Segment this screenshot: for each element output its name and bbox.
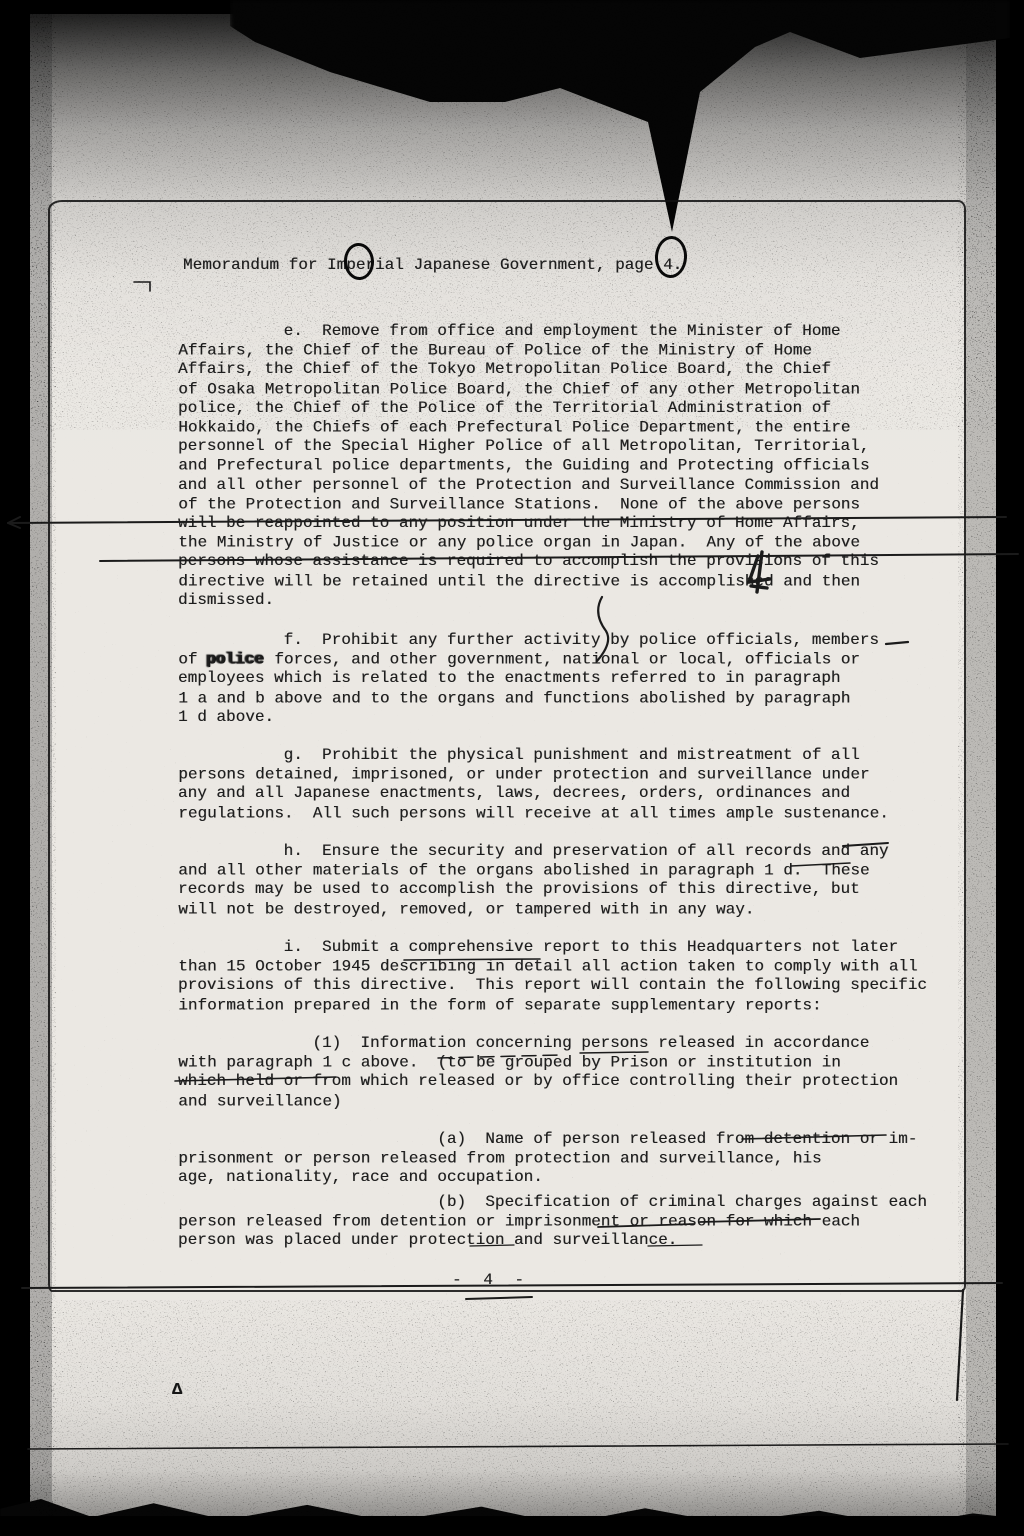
paragraph-e: e. Remove from office and employment the… xyxy=(178,322,879,610)
text-line: (b) Specification of criminal charges ag… xyxy=(178,1193,927,1212)
text-line: and all other materials of the organs ab… xyxy=(178,862,889,881)
text-line: than 15 October 1945 describing in detai… xyxy=(178,958,927,977)
text-line: h. Ensure the security and preservation … xyxy=(178,842,889,861)
text-line: prisonment or person released from prote… xyxy=(178,1150,917,1169)
text-line: f. Prohibit any further activity by poli… xyxy=(178,631,879,650)
text-line: 1 d above. xyxy=(178,708,879,727)
text-line: person released from detention or impris… xyxy=(178,1213,927,1232)
paragraph-g: g. Prohibit the physical punishment and … xyxy=(178,746,889,823)
paragraph-i: i. Submit a comprehensive report to this… xyxy=(178,938,927,1015)
text-line: of the Protection and Surveillance Stati… xyxy=(178,495,879,514)
paragraph-f: f. Prohibit any further activity by poli… xyxy=(178,631,879,727)
text-line: and all other personnel of the Protectio… xyxy=(178,476,879,495)
text-line: with paragraph 1 c above. (to be grouped… xyxy=(178,1054,898,1073)
text-line: the Ministry of Justice or any police or… xyxy=(178,534,879,553)
overtyped-police-word: police xyxy=(206,650,264,669)
text-line: provisions of this directive. This repor… xyxy=(178,976,927,995)
text-line: Affairs, the Chief of the Bureau of Poli… xyxy=(178,342,879,361)
page-number: - 4 - xyxy=(452,1271,530,1290)
text-line: g. Prohibit the physical punishment and … xyxy=(178,746,889,765)
typewritten-text-layer: Memorandum for Imperial Japanese Governm… xyxy=(0,0,1024,1536)
scanned-document-page: Memorandum for Imperial Japanese Governm… xyxy=(0,0,1024,1536)
text-line: directive will be retained until the dir… xyxy=(178,572,879,591)
paragraph-b: (b) Specification of criminal charges ag… xyxy=(178,1193,927,1251)
text-line: persons whose assistance is required to … xyxy=(178,552,879,571)
text-line: 1 a and b above and to the organs and fu… xyxy=(178,689,879,708)
text-line: and surveillance) xyxy=(178,1092,898,1111)
text-line: will be reappointed to any position unde… xyxy=(178,514,879,533)
memo-header: Memorandum for Imperial Japanese Governm… xyxy=(183,256,682,275)
text-line: person was placed under protection and s… xyxy=(178,1231,927,1250)
delta-proof-mark: Δ xyxy=(172,1381,182,1400)
text-line: e. Remove from office and employment the… xyxy=(178,322,879,341)
bottom-black-band xyxy=(0,1516,1024,1536)
text-line: of Osaka Metropolitan Police Board, the … xyxy=(178,380,879,399)
text-line: any and all Japanese enactments, laws, d… xyxy=(178,784,889,803)
text-line: (1) Information concerning persons relea… xyxy=(178,1034,898,1053)
text-line: Hokkaido, the Chiefs of each Prefectural… xyxy=(178,418,879,437)
text-line: will not be destroyed, removed, or tampe… xyxy=(178,900,889,919)
text-line: which held or from which released or by … xyxy=(178,1072,898,1091)
text-line: Affairs, the Chief of the Tokyo Metropol… xyxy=(178,360,879,379)
text-line: persons detained, imprisoned, or under p… xyxy=(178,766,889,785)
paragraph-h: h. Ensure the security and preservation … xyxy=(178,842,889,919)
text-line: police, the Chief of the Police of the T… xyxy=(178,399,879,418)
text-line: employees which is related to the enactm… xyxy=(178,669,879,688)
text-line: i. Submit a comprehensive report to this… xyxy=(178,938,927,957)
paragraph-1: (1) Information concerning persons relea… xyxy=(178,1034,898,1111)
paragraph-a: (a) Name of person released from detenti… xyxy=(178,1130,917,1188)
text-line: personnel of the Special Higher Police o… xyxy=(178,437,879,456)
text-line: dismissed. xyxy=(178,591,879,610)
text-line: regulations. All such persons will recei… xyxy=(178,804,889,823)
text-line: age, nationality, race and occupation. xyxy=(178,1168,917,1187)
text-line: records may be used to accomplish the pr… xyxy=(178,880,889,899)
text-line: information prepared in the form of sepa… xyxy=(178,996,927,1015)
text-line: (a) Name of person released from detenti… xyxy=(178,1130,917,1149)
text-line: and Prefectural police departments, the … xyxy=(178,457,879,476)
text-line: of police forces, and other government, … xyxy=(178,651,879,670)
